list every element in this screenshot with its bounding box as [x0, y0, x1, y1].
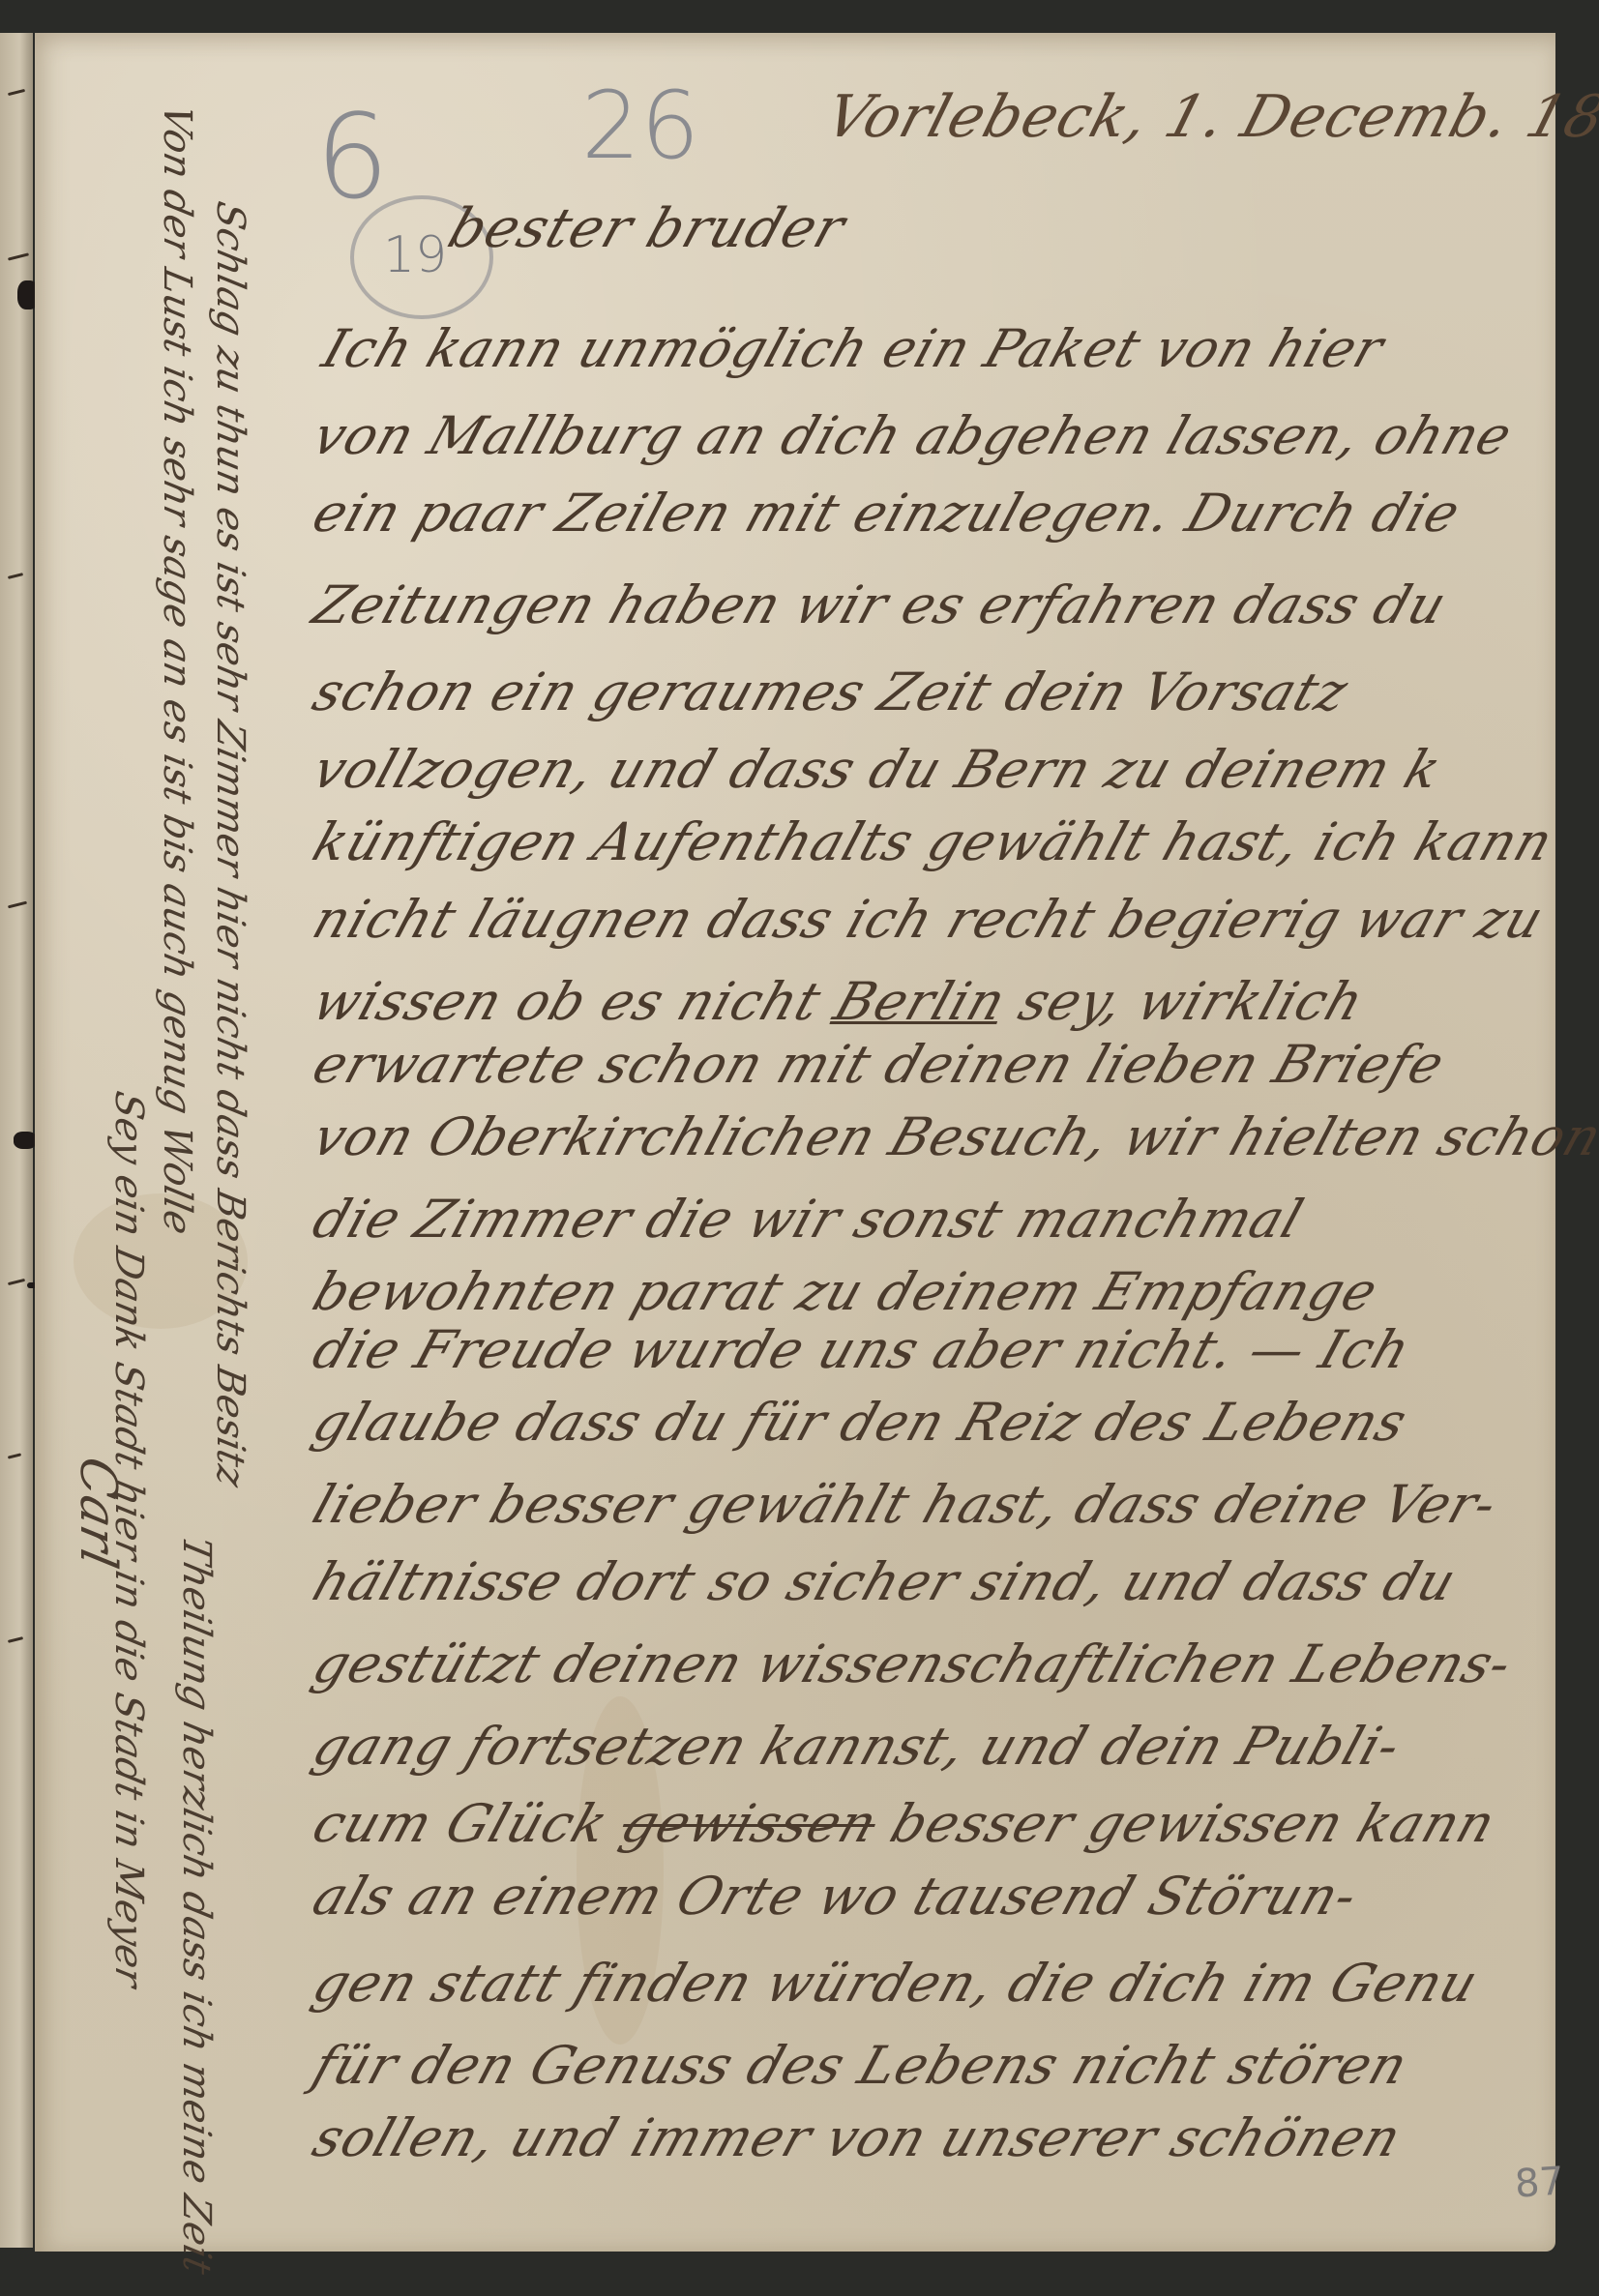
letter-line: von Oberkirchlichen Besuch, wir hielten …	[307, 1111, 1599, 1163]
letter-line: sollen, und immer von unserer schönen	[307, 2112, 1407, 2164]
folio-number: 87	[1513, 2159, 1565, 2206]
struck-word: gewissen	[614, 1793, 886, 1854]
letter-line: erwartete schon mit deinen lieben Briefe	[307, 1039, 1451, 1091]
ink-stroke	[8, 573, 23, 579]
letter-line: wissen ob es nicht Berlin sey, wirklich	[307, 976, 1370, 1028]
letter-line: ein paar Zeilen mit einzulegen. Durch di…	[307, 487, 1466, 540]
ink-blot	[14, 1132, 37, 1149]
pencil-number-top: 26	[581, 72, 699, 180]
letter-line: nicht läugnen dass ich recht begierig wa…	[307, 894, 1550, 946]
letter-line: cum Glück gewissen besser gewissen kann	[307, 1798, 1501, 1850]
letter-line-text: wissen ob es nicht Berlin sey, wirklich	[306, 971, 1372, 1032]
letter-line: gen statt finden würden, die dich im Gen…	[307, 1957, 1484, 2010]
letter-line: Ich kann unmöglich ein Paket von hier	[316, 323, 1390, 375]
ink-stroke	[8, 1279, 25, 1285]
letter-line: gestützt deinen wissenschaftlichen Leben…	[307, 1638, 1519, 1691]
letter-line: hältnisse dort so sicher sind, und dass …	[307, 1556, 1463, 1608]
letter-line: Zeitungen haben wir es erfahren dass du	[307, 579, 1453, 632]
letter-line: lieber besser gewählt hast, dass deine V…	[307, 1479, 1503, 1531]
document-scan: 6 26 19 Vorlebeck, 1. Decemb. 1818. best…	[0, 0, 1599, 2296]
margin-note: Schlag zu thun es ist sehr Zimmer hier n…	[208, 197, 252, 1490]
ink-stroke	[8, 1636, 23, 1643]
letter-line: als an einem Orte wo tausend Störun-	[307, 1870, 1364, 1923]
pencil-circled-number: 19	[383, 226, 447, 284]
margin-note: Theilung herzlich dass ich meine Zeit	[174, 1532, 219, 2278]
letter-line: glaube dass du für den Reiz des Lebens	[307, 1397, 1413, 1449]
margin-note: Von der Lust ich sehr sage an es ist bis…	[155, 101, 199, 1238]
pencil-mark-left: 6	[315, 91, 389, 225]
letter-line: bewohnten parat zu deinem Empfange	[307, 1266, 1384, 1318]
letter-line: schon ein geraumes Zeit dein Vorsatz	[307, 666, 1354, 719]
signature-fragment: Carl	[69, 1452, 127, 1573]
letter-line: von Mallburg an dich abgehen lassen, ohn…	[307, 410, 1519, 462]
letter-line: gang fortsetzen kannst, und dein Publi-	[307, 1721, 1407, 1773]
letter-line: die Zimmer die wir sonst manchmal	[307, 1193, 1310, 1246]
ink-stroke	[8, 1453, 21, 1458]
ink-stroke	[8, 901, 27, 909]
ink-stroke	[8, 89, 25, 96]
ink-stroke	[8, 252, 29, 260]
letter-line: künftigen Aufenthalts gewählt hast, ich …	[307, 816, 1559, 868]
letter-page: 6 26 19 Vorlebeck, 1. Decemb. 1818. best…	[35, 33, 1555, 2252]
letter-line: die Freude wurde uns aber nicht. — Ich	[307, 1324, 1416, 1376]
letter-line: für den Genuss des Lebens nicht stören	[307, 2040, 1414, 2092]
letter-line: vollzogen, und dass du Bern zu deinem k	[307, 744, 1447, 796]
salutation: bester bruder	[440, 197, 853, 260]
underlined-word: Berlin	[827, 971, 1014, 1032]
dateline: Vorlebeck, 1. Decemb. 1818.	[818, 83, 1599, 151]
